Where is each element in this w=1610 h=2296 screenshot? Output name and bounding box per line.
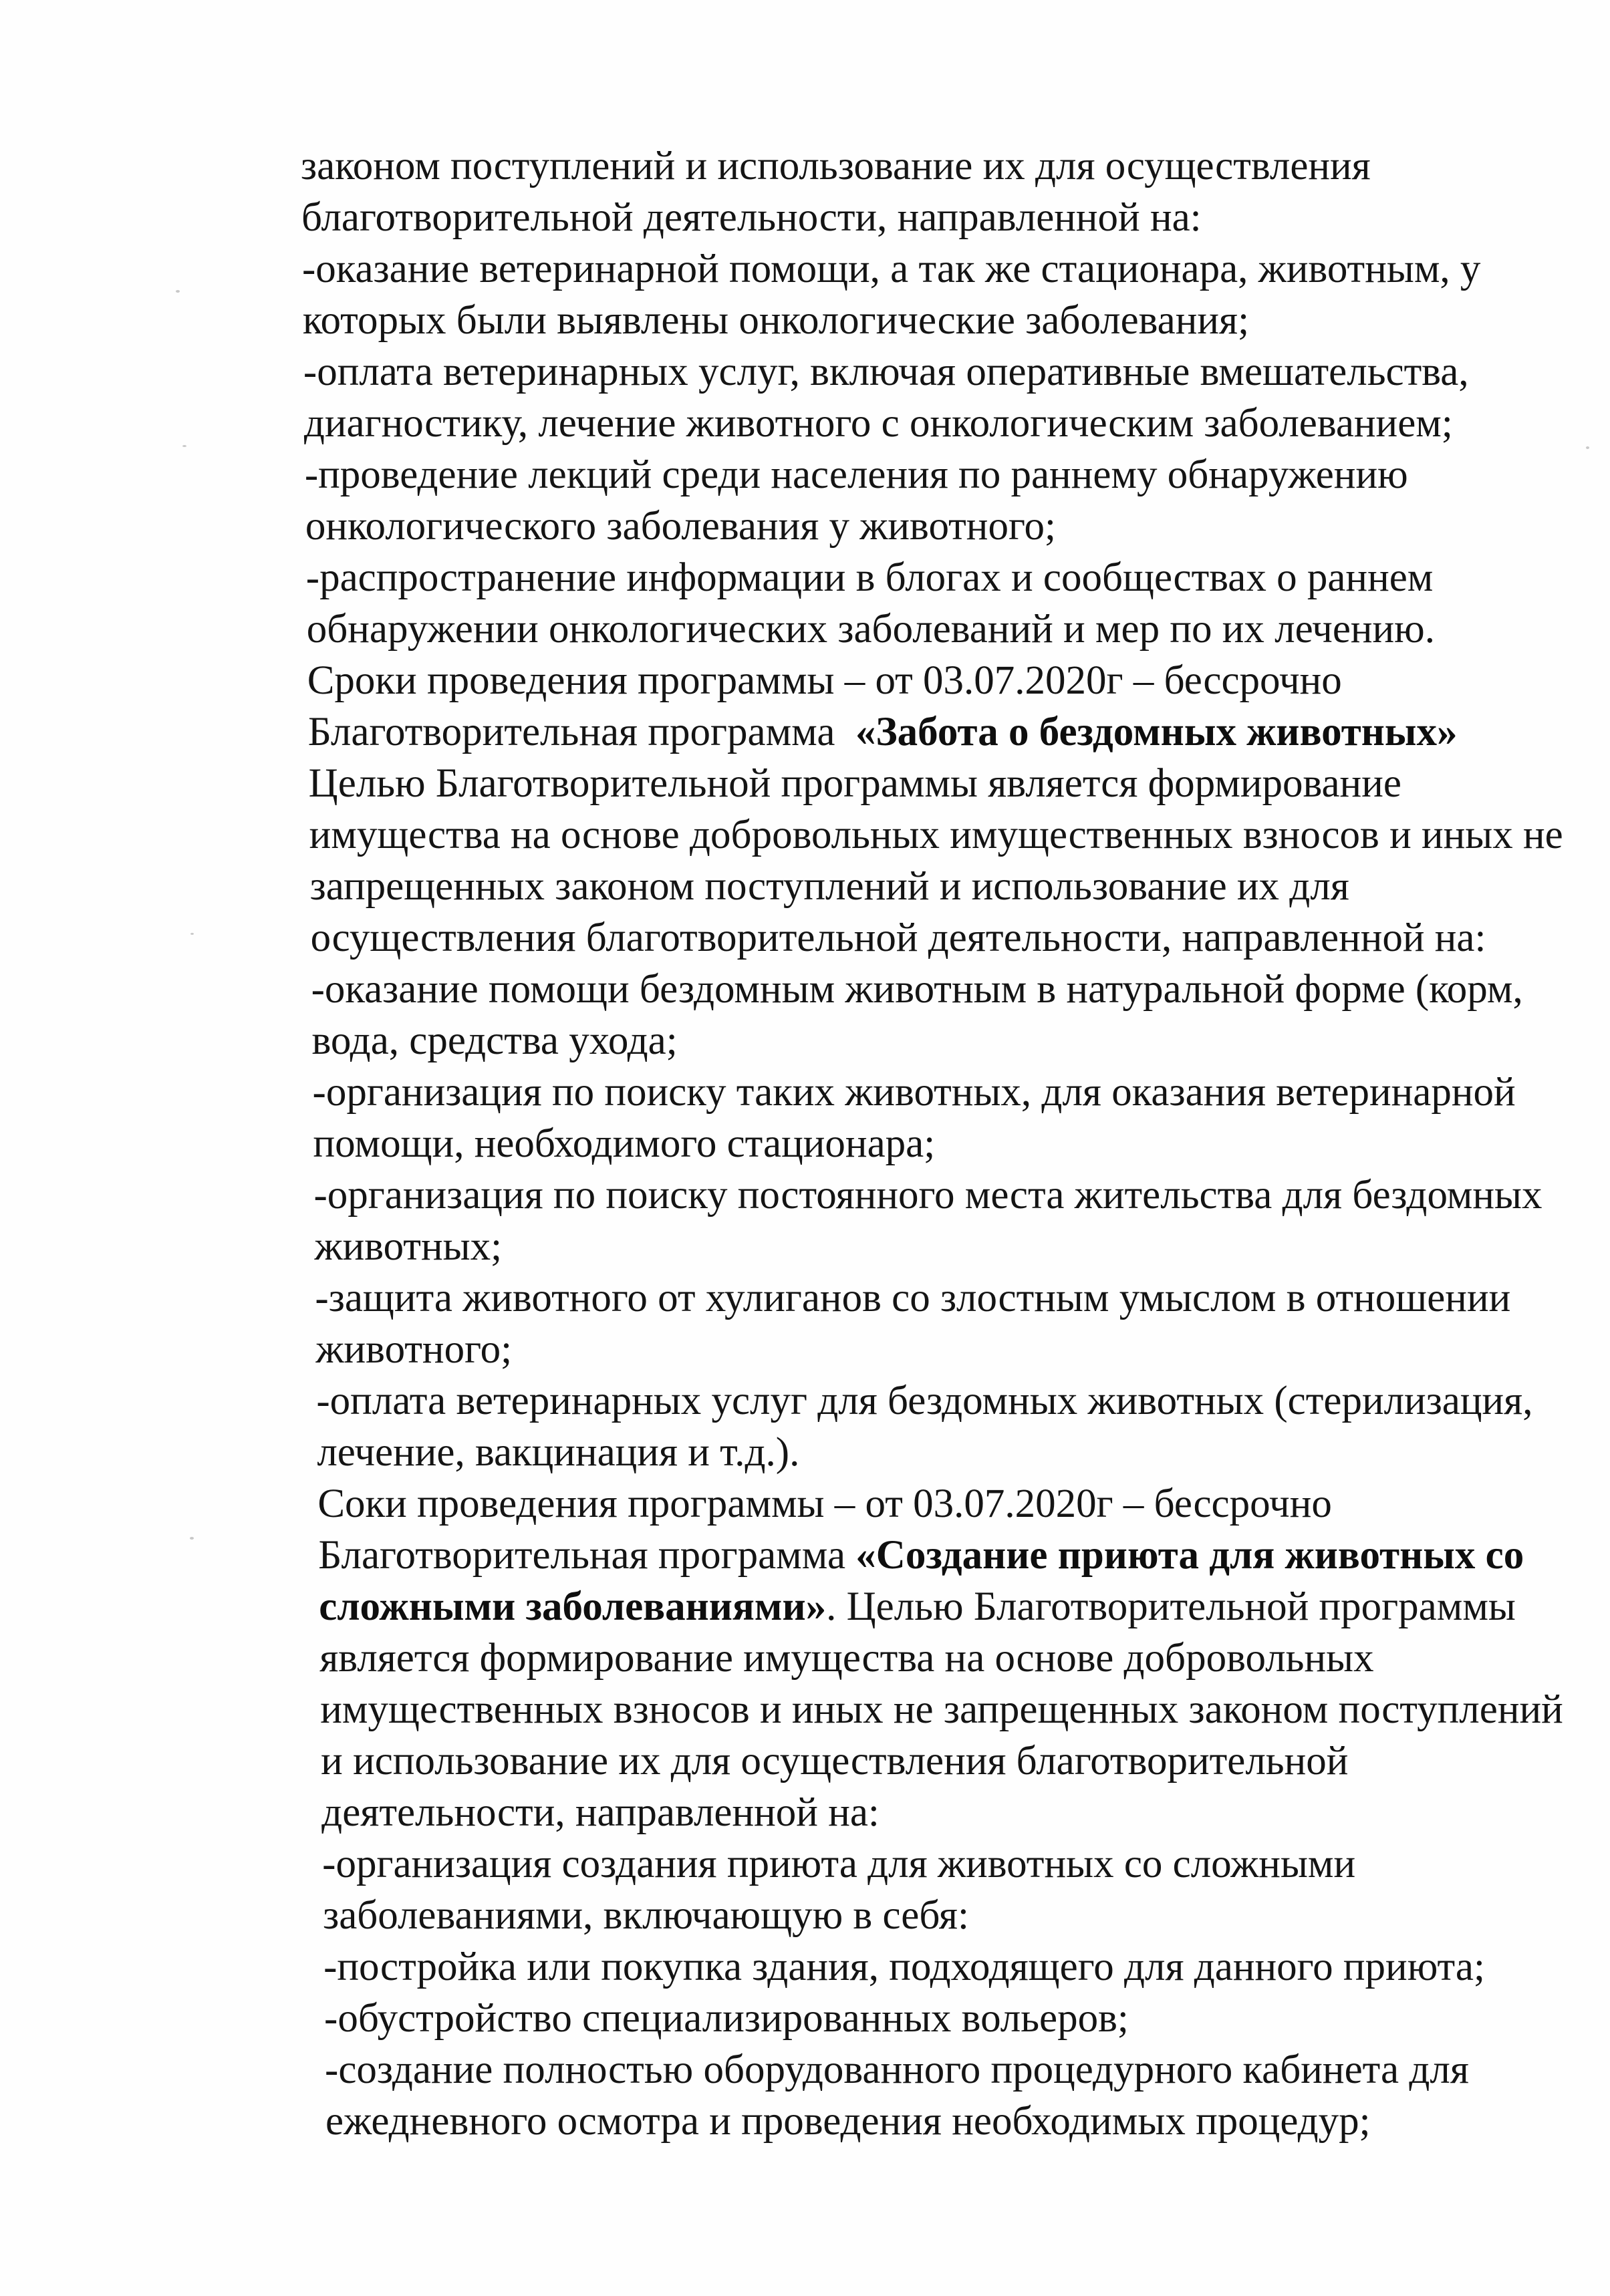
text-segment: имущества на основе добровольных имущест… bbox=[309, 813, 1563, 857]
text-segment: -постройка или покупка здания, подходяще… bbox=[323, 1945, 1485, 1989]
text-segment: -оплата ветеринарных услуг, включая опер… bbox=[303, 349, 1469, 394]
text-segment: -создание полностью оборудованного проце… bbox=[325, 2047, 1469, 2092]
text-segment: и использование их для осуществления бла… bbox=[321, 1739, 1348, 1783]
text-segment: животного; bbox=[315, 1327, 512, 1372]
text-line: Сроки проведения программы – от 03.07.20… bbox=[307, 655, 1342, 706]
text-segment: Сроки проведения программы – от 03.07.20… bbox=[307, 658, 1342, 703]
text-segment: является формирование имущества на основ… bbox=[319, 1636, 1373, 1681]
text-segment: заболеваниями, включающую в себя: bbox=[323, 1893, 969, 1938]
text-segment: ежедневного осмотра и проведения необход… bbox=[325, 2099, 1371, 2144]
text-segment: -организация по поиску таких животных, д… bbox=[313, 1070, 1516, 1115]
text-line: -оказание помощи бездомным животным в на… bbox=[311, 964, 1523, 1015]
scan-speck bbox=[1586, 446, 1589, 449]
text-segment: благотворительной деятельности, направле… bbox=[301, 195, 1202, 240]
text-segment: Соки проведения программы – от 03.07.202… bbox=[317, 1481, 1332, 1526]
program-title: сложными заболеваниями» bbox=[319, 1584, 826, 1629]
text-line: законом поступлений и использование их д… bbox=[301, 140, 1371, 192]
text-segment: -проведение лекций среди населения по ра… bbox=[305, 452, 1408, 497]
scan-speck bbox=[190, 1537, 194, 1540]
text-segment: -защита животного от хулиганов со злостн… bbox=[315, 1276, 1510, 1320]
text-line: сложными заболеваниями». Целью Благотвор… bbox=[319, 1581, 1516, 1632]
text-segment: -оплата ветеринарных услуг для бездомных… bbox=[316, 1379, 1532, 1423]
text-line: деятельности, направленной на: bbox=[321, 1787, 880, 1838]
program-title: «Создание приюта для животных со bbox=[855, 1533, 1524, 1578]
text-line: животных; bbox=[314, 1221, 502, 1272]
text-line: вода, средства ухода; bbox=[312, 1015, 678, 1066]
text-segment: Благотворительная программа bbox=[308, 710, 855, 754]
text-line: обнаружении онкологических заболеваний и… bbox=[307, 603, 1435, 655]
text-line: -проведение лекций среди населения по ра… bbox=[305, 449, 1408, 500]
text-line: лечение, вакцинация и т.д.). bbox=[317, 1427, 799, 1478]
text-segment: -организация создания приюта для животны… bbox=[322, 1842, 1355, 1886]
text-segment: -оказание помощи бездомным животным в на… bbox=[311, 967, 1523, 1012]
text-line: -организация создания приюта для животны… bbox=[322, 1838, 1355, 1890]
text-segment: обнаружении онкологических заболеваний и… bbox=[307, 607, 1435, 652]
text-segment: которых были выявлены онкологические заб… bbox=[303, 298, 1249, 343]
text-segment: помощи, необходимого стационара; bbox=[313, 1121, 936, 1166]
text-segment: Благотворительная программа bbox=[318, 1533, 855, 1578]
text-line: животного; bbox=[315, 1324, 512, 1375]
text-segment: животных; bbox=[314, 1224, 502, 1269]
text-segment: -оказание ветеринарной помощи, а так же … bbox=[302, 247, 1481, 291]
text-line: диагностику, лечение животного с онколог… bbox=[304, 398, 1453, 449]
text-line: благотворительной деятельности, направле… bbox=[301, 192, 1202, 243]
text-line: -создание полностью оборудованного проце… bbox=[325, 2044, 1469, 2096]
text-line: -оплата ветеринарных услуг, включая опер… bbox=[303, 346, 1469, 398]
text-line: Благотворительная программа «Создание пр… bbox=[318, 1530, 1524, 1581]
text-line: -постройка или покупка здания, подходяще… bbox=[323, 1941, 1485, 1993]
text-segment: Целью Благотворительной программы являет… bbox=[309, 761, 1401, 806]
scan-speck bbox=[182, 445, 186, 447]
text-line: -оплата ветеринарных услуг для бездомных… bbox=[316, 1375, 1532, 1427]
text-line: ежедневного осмотра и проведения необход… bbox=[325, 2096, 1371, 2147]
text-line: -распространение информации в блогах и с… bbox=[306, 552, 1434, 603]
text-line: Соки проведения программы – от 03.07.202… bbox=[317, 1478, 1332, 1530]
program-title: «Забота о бездомных животных» bbox=[855, 710, 1458, 754]
text-line: является формирование имущества на основ… bbox=[319, 1632, 1373, 1684]
scan-speck bbox=[190, 933, 194, 935]
text-segment: -обустройство специализированных вольеро… bbox=[324, 1996, 1129, 2041]
text-line: которых были выявлены онкологические заб… bbox=[303, 295, 1249, 346]
text-segment: диагностику, лечение животного с онколог… bbox=[304, 401, 1453, 446]
text-line: Благотворительная программа «Забота о бе… bbox=[308, 706, 1458, 758]
text-segment: законом поступлений и использование их д… bbox=[301, 144, 1371, 188]
text-line: -организация по поиску таких животных, д… bbox=[313, 1066, 1516, 1118]
text-segment: деятельности, направленной на: bbox=[321, 1790, 880, 1835]
text-line: Целью Благотворительной программы являет… bbox=[309, 758, 1401, 809]
text-line: онкологического заболевания у животного; bbox=[305, 500, 1056, 552]
text-segment: . Целью Благотворительной программы bbox=[826, 1584, 1516, 1629]
text-segment: запрещенных законом поступлений и исполь… bbox=[310, 864, 1349, 909]
text-segment: -организация по поиску постоянного места… bbox=[313, 1173, 1542, 1217]
text-segment: имущественных взносов и иных не запрещен… bbox=[320, 1687, 1563, 1732]
text-line: -организация по поиску постоянного места… bbox=[313, 1169, 1542, 1221]
scan-speck bbox=[176, 290, 180, 293]
text-line: -обустройство специализированных вольеро… bbox=[324, 1993, 1129, 2044]
text-line: имущественных взносов и иных не запрещен… bbox=[320, 1684, 1563, 1735]
text-line: -оказание ветеринарной помощи, а так же … bbox=[302, 243, 1481, 295]
scanned-document-page: законом поступлений и использование их д… bbox=[0, 0, 1610, 2296]
text-line: осуществления благотворительной деятельн… bbox=[311, 912, 1486, 964]
text-line: помощи, необходимого стационара; bbox=[313, 1118, 936, 1169]
text-segment: лечение, вакцинация и т.д.). bbox=[317, 1430, 799, 1475]
text-line: запрещенных законом поступлений и исполь… bbox=[310, 861, 1349, 912]
text-line: имущества на основе добровольных имущест… bbox=[309, 809, 1563, 861]
text-segment: вода, средства ухода; bbox=[312, 1018, 678, 1063]
text-segment: -распространение информации в блогах и с… bbox=[306, 555, 1434, 600]
text-line: и использование их для осуществления бла… bbox=[321, 1735, 1348, 1787]
text-line: -защита животного от хулиганов со злостн… bbox=[315, 1272, 1510, 1324]
text-segment: осуществления благотворительной деятельн… bbox=[311, 915, 1486, 960]
text-line: заболеваниями, включающую в себя: bbox=[323, 1890, 969, 1941]
text-segment: онкологического заболевания у животного; bbox=[305, 504, 1056, 549]
